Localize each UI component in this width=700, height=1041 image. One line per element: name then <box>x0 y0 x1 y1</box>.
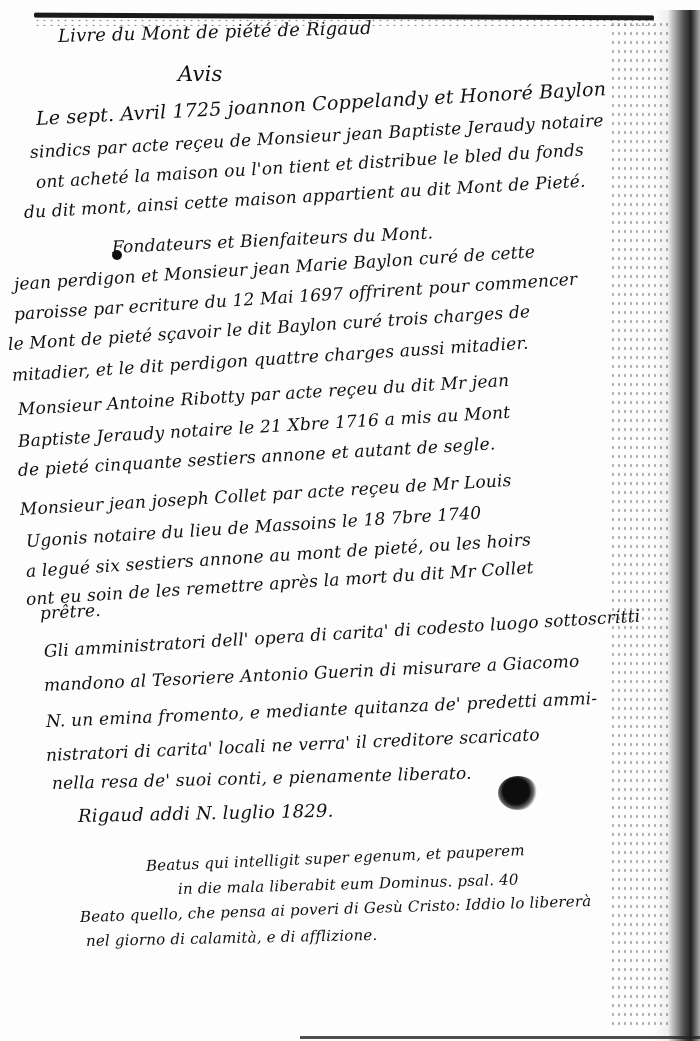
ink-blot <box>498 776 538 810</box>
latin-quote-line-2: in die mala liberabit eum Dominus. psal.… <box>178 870 519 898</box>
italian-quote-line-2: nel giorno di calamità, e di afflizione. <box>86 926 378 950</box>
page-bottom-edge <box>300 1036 700 1039</box>
fr-p4-line-5: prêtre. <box>39 601 101 624</box>
it-line-4: nistratori di carita' locali ne verra' i… <box>46 725 541 766</box>
page-binding-shadow <box>654 10 700 1041</box>
it-line-5: nella resa de' suoi conti, e pienamente … <box>52 764 472 794</box>
heading-avis: Avis <box>178 62 222 86</box>
place-date: Rigaud addi N. luglio 1829. <box>78 801 334 827</box>
italian-quote-line-1: Beato quello, che pensa ai poveri di Ges… <box>80 892 592 926</box>
it-line-2: mandono al Tesoriere Antonio Guerin di m… <box>44 652 580 696</box>
latin-quote-line-1: Beatus qui intelligit super egenum, et p… <box>146 841 525 875</box>
manuscript-page: Livre du Mont de piété de Rigaud Avis Le… <box>0 0 700 1041</box>
